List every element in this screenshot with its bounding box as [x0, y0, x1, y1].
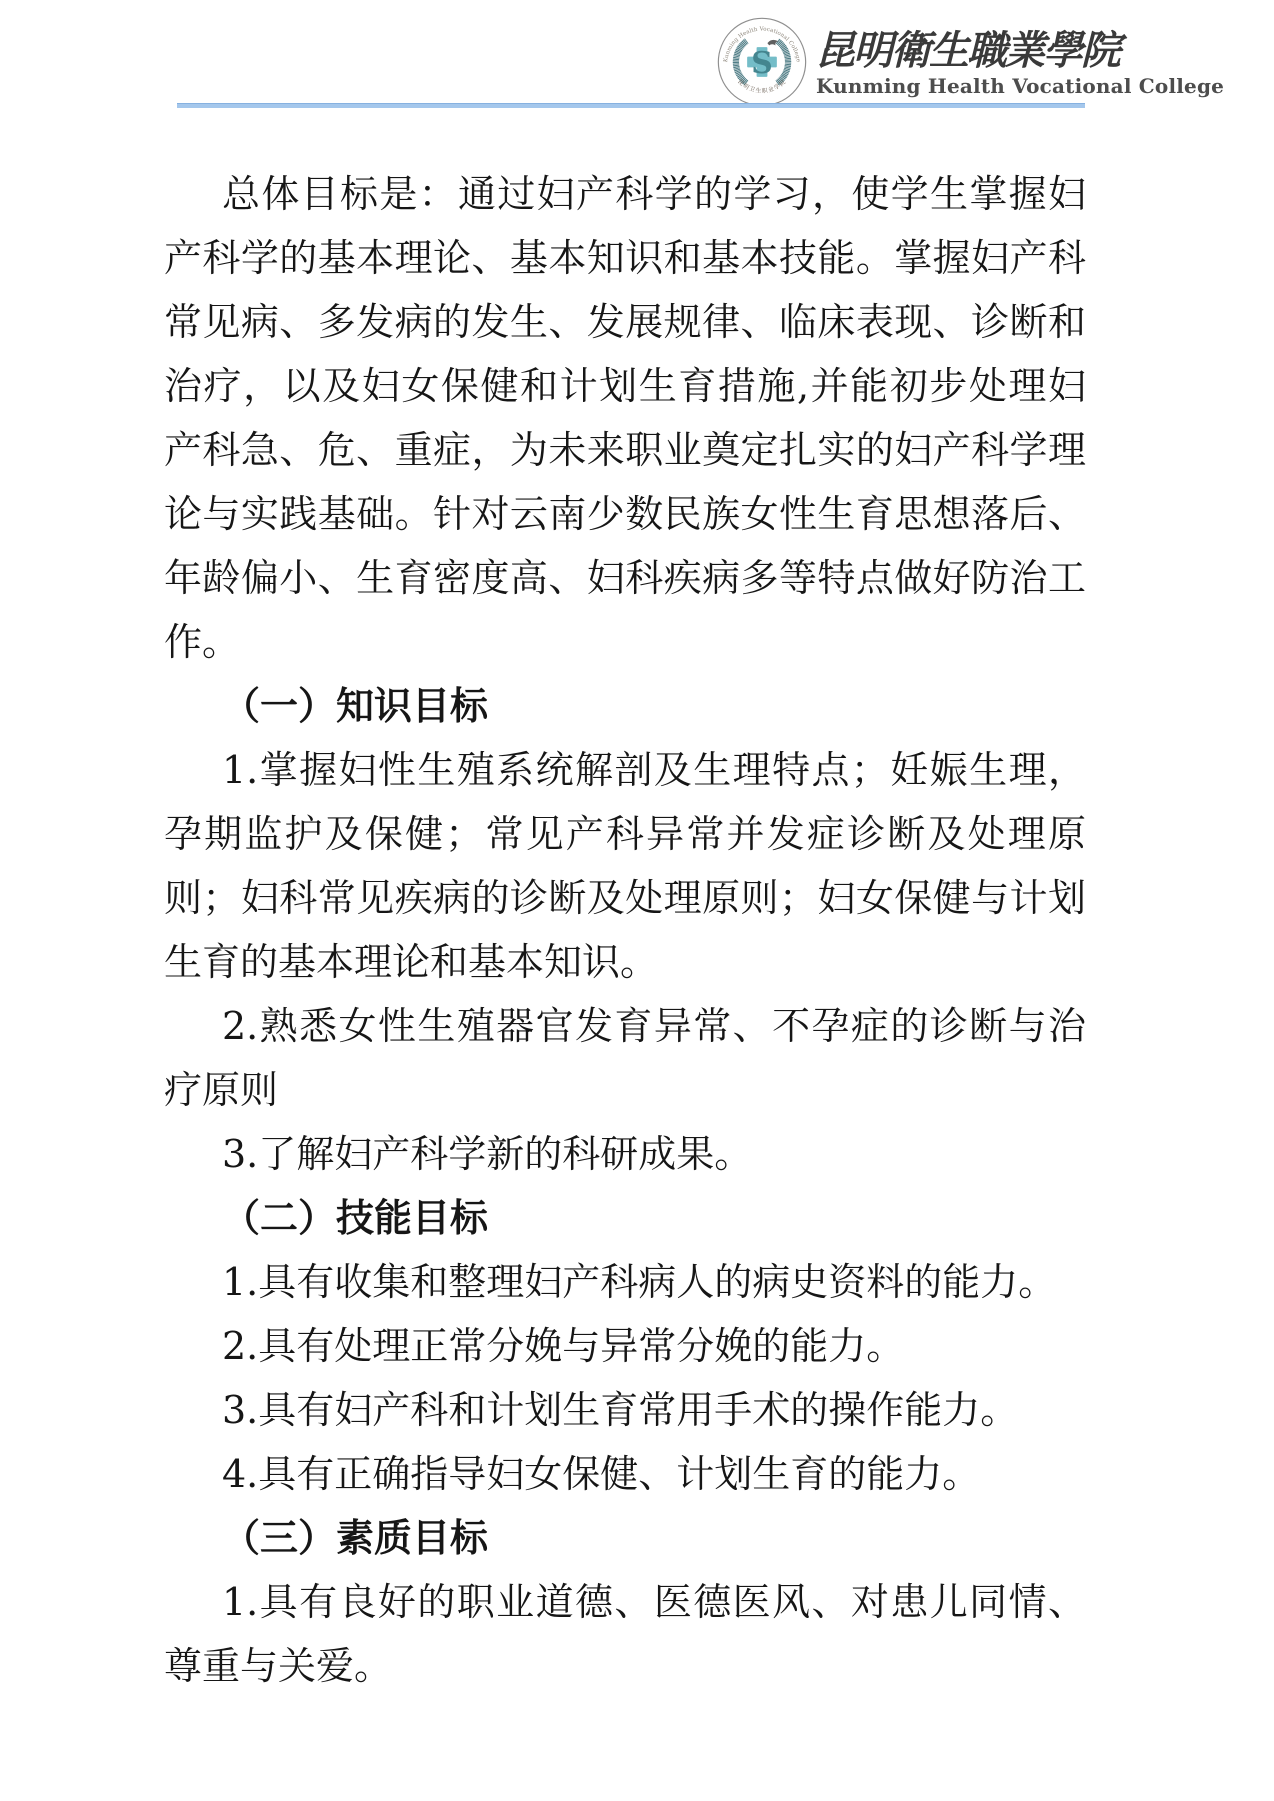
- header-divider-line: [177, 103, 1085, 108]
- knowledge-objective-item-2: 2.熟悉女性生殖器官发育异常、不孕症的诊断与治疗原则: [164, 994, 1086, 1122]
- dragon-s-monogram: S: [751, 46, 772, 81]
- college-name-calligraphy: 昆明衛生職業學院: [815, 28, 1119, 74]
- knowledge-objectives-heading: （一）知识目标: [164, 674, 1086, 738]
- skill-objective-item-4: 4.具有正确指导妇女保健、计划生育的能力。: [164, 1442, 1086, 1506]
- quality-objective-item-1: 1.具有良好的职业道德、医德医风、对患儿同情、尊重与关爱。: [164, 1570, 1086, 1698]
- knowledge-objective-item-3: 3.了解妇产科学新的科研成果。: [164, 1122, 1086, 1186]
- skill-objectives-heading: （二）技能目标: [164, 1186, 1086, 1250]
- document-page: S Kunming Health Vocational College 昆明卫生…: [0, 0, 1274, 1801]
- college-seal-logo: S Kunming Health Vocational College 昆明卫生…: [717, 17, 807, 107]
- knowledge-objective-item-1: 1.掌握妇性生殖系统解剖及生理特点；妊娠生理，孕期监护及保健；常见产科异常并发症…: [164, 738, 1086, 994]
- college-letterhead: S Kunming Health Vocational College 昆明卫生…: [0, 0, 1274, 110]
- skill-objective-item-1: 1.具有收集和整理妇产科病人的病史资料的能力。: [164, 1250, 1086, 1314]
- skill-objective-item-3: 3.具有妇产科和计划生育常用手术的操作能力。: [164, 1378, 1086, 1442]
- skill-objective-item-2: 2.具有处理正常分娩与异常分娩的能力。: [164, 1314, 1086, 1378]
- quality-objectives-heading: （三）素质目标: [164, 1506, 1086, 1570]
- course-objectives-text: 总体目标是：通过妇产科学的学习，使学生掌握妇产科学的基本理论、基本知识和基本技能…: [164, 162, 1086, 1698]
- college-name-english: Kunming Health Vocational College: [816, 74, 1224, 98]
- overall-objective-paragraph: 总体目标是：通过妇产科学的学习，使学生掌握妇产科学的基本理论、基本知识和基本技能…: [164, 162, 1086, 674]
